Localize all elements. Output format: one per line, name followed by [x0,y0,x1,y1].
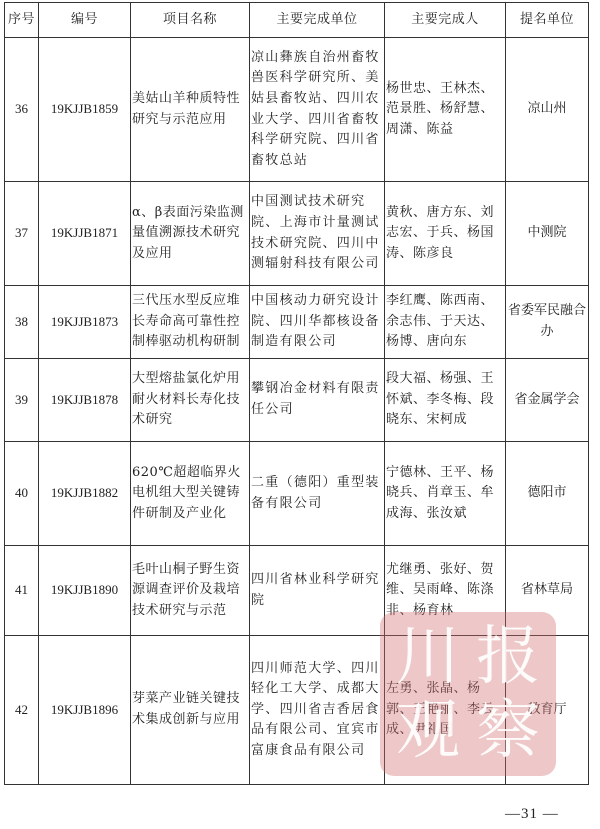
row-project-name: 大型熔盐氯化炉用耐火材料长寿化技术研究 [131,359,250,442]
table-row: 42 19KJJB1896 芽菜产业链关键技术集成创新与应用 四川师范大学、四川… [5,636,589,785]
row-code: 19KJJB1859 [39,38,131,182]
row-no: 42 [5,636,39,785]
table-row: 39 19KJJB1878 大型熔盐氯化炉用耐火材料长寿化技术研究 攀钢冶金材料… [5,359,589,442]
row-main-people: 杨世忠、王林杰、范景胜、杨舒慧、周潇、陈益 [385,38,506,182]
row-code: 19KJJB1896 [39,636,131,785]
row-main-units: 凉山彝族自治州畜牧兽医科学研究所、美姑县畜牧站、四川农业大学、四川省畜牧科学研究… [250,38,385,182]
row-main-people: 李红鹰、陈西南、余志伟、于天达、杨博、唐向东 [385,286,506,359]
row-main-people: 尤继勇、张好、贺维、吴雨峰、陈涤非、杨育林 [385,546,506,636]
row-nominator: 中测院 [506,182,589,286]
row-no: 37 [5,182,39,286]
row-no: 40 [5,442,39,546]
row-main-units: 攀钢冶金材料有限责任公司 [250,359,385,442]
row-code: 19KJJB1878 [39,359,131,442]
header-no: 序号 [5,3,39,38]
header-main-units: 主要完成单位 [250,3,385,38]
row-nominator: 省金属学会 [506,359,589,442]
row-no: 41 [5,546,39,636]
table-row: 38 19KJJB1873 三代压水型反应堆长寿命高可靠性控制棒驱动机构研制 中… [5,286,589,359]
header-code: 编号 [39,3,131,38]
table-row: 41 19KJJB1890 毛叶山桐子野生资源调查评价及栽培技术研究与示范 四川… [5,546,589,636]
row-code: 19KJJB1871 [39,182,131,286]
row-main-units: 中国测试技术研究院、上海市计量测试技术研究院、四川中测辐射科技有限公司 [250,182,385,286]
row-main-units: 中国核动力研究设计院、四川华都核设备制造有限公司 [250,286,385,359]
row-main-units: 四川省林业科学研究院 [250,546,385,636]
row-no: 39 [5,359,39,442]
header-nominator: 提名单位 [506,3,589,38]
row-main-people: 段大福、杨强、王怀斌、李冬梅、段晓东、宋柯成 [385,359,506,442]
row-project-name: 620℃超超临界火电机组大型关键铸件研制及产业化 [131,442,250,546]
row-project-name: 三代压水型反应堆长寿命高可靠性控制棒驱动机构研制 [131,286,250,359]
row-project-name: 毛叶山桐子野生资源调查评价及栽培技术研究与示范 [131,546,250,636]
row-nominator: 省林草局 [506,546,589,636]
row-code: 19KJJB1890 [39,546,131,636]
header-project-name: 项目名称 [131,3,250,38]
row-main-units: 二重（德阳）重型装备有限公司 [250,442,385,546]
page-number: —31 — [505,806,559,823]
row-nominator: 教育厅 [506,636,589,785]
row-main-people: 黄秋、唐方东、刘志宏、于兵、杨国涛、陈彦良 [385,182,506,286]
row-no: 36 [5,38,39,182]
award-table: 序号 编号 项目名称 主要完成单位 主要完成人 提名单位 36 19KJJB18… [4,2,589,785]
row-main-people: 左勇、张晶、杨郭、王艳丽、李云成、尹礼国 [385,636,506,785]
row-project-name: 美姑山羊种质特性研究与示范应用 [131,38,250,182]
row-main-people: 宁德林、王平、杨晓兵、肖章玉、牟成海、张汝斌 [385,442,506,546]
row-project-name: α、β表面污染监测量值溯源技术研究及应用 [131,182,250,286]
header-main-people: 主要完成人 [385,3,506,38]
row-nominator: 凉山州 [506,38,589,182]
table-header-row: 序号 编号 项目名称 主要完成单位 主要完成人 提名单位 [5,3,589,38]
table-row: 40 19KJJB1882 620℃超超临界火电机组大型关键铸件研制及产业化 二… [5,442,589,546]
row-code: 19KJJB1882 [39,442,131,546]
row-no: 38 [5,286,39,359]
table-row: 36 19KJJB1859 美姑山羊种质特性研究与示范应用 凉山彝族自治州畜牧兽… [5,38,589,182]
table-row: 37 19KJJB1871 α、β表面污染监测量值溯源技术研究及应用 中国测试技… [5,182,589,286]
row-main-units: 四川师范大学、四川轻化工大学、成都大学、四川省吉香居食品有限公司、宜宾市富康食品… [250,636,385,785]
row-nominator: 省委军民融合办 [506,286,589,359]
row-nominator: 德阳市 [506,442,589,546]
row-code: 19KJJB1873 [39,286,131,359]
row-project-name: 芽菜产业链关键技术集成创新与应用 [131,636,250,785]
